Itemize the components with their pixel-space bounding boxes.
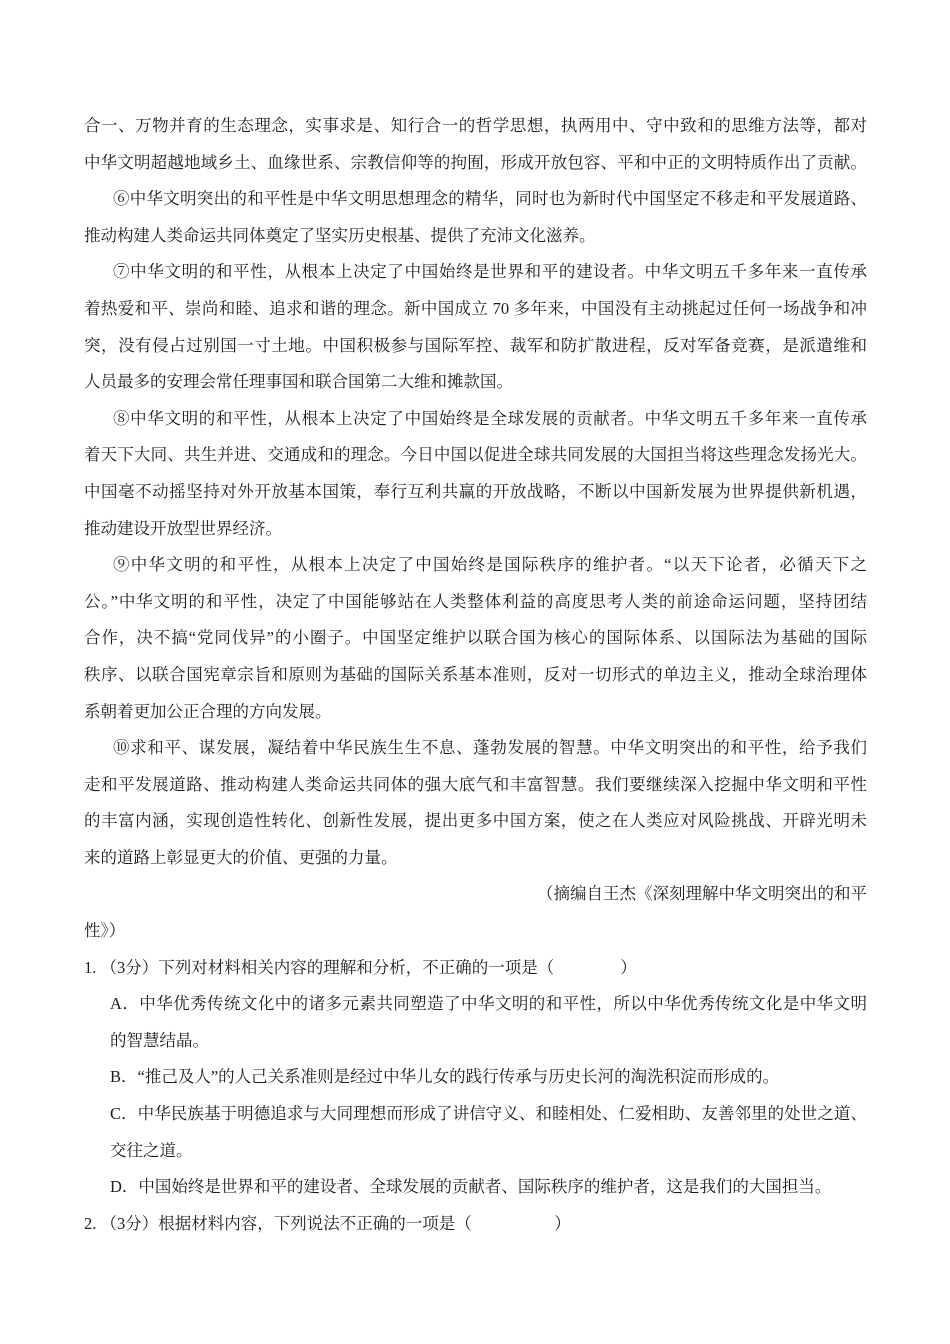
text-line-1: 合一、万物并育的生态理念，实事求是、知行合一的哲学思想，执两用中、守中致和的思维… bbox=[84, 108, 867, 145]
text-line-5: ⑦中华文明的和平性，从根本上决定了中国始终是世界和平的建设者。中华文明五千多年来… bbox=[84, 254, 867, 291]
text-line-22: （摘编自王杰《深刻理解中华文明突出的和平 bbox=[84, 876, 867, 913]
text-line-4: 推动构建人类命运共同体奠定了坚实历史根基、提供了充沛文化滋养。 bbox=[84, 218, 867, 255]
text-line-29: 交往之道。 bbox=[84, 1133, 867, 1170]
text-line-10: 着天下大同、共生并进、交通成和的理念。今日中国以促进全球共同发展的大国担当将这些… bbox=[84, 437, 867, 474]
text-line-11: 中国毫不动摇坚持对外开放基本国策，奉行互利共赢的开放战略，不断以中国新发展为世界… bbox=[84, 474, 867, 511]
document-body: 合一、万物并育的生态理念，实事求是、知行合一的哲学思想，执两用中、守中致和的思维… bbox=[84, 108, 867, 1242]
text-line-31: 2. （3分）根据材料内容，下列说法不正确的一项是（ ） bbox=[84, 1206, 867, 1243]
text-line-2: 中华文明超越地域乡土、血缘世系、宗教信仰等的拘囿，形成开放包容、平和中正的文明特… bbox=[84, 145, 867, 182]
text-line-13: ⑨中华文明的和平性，从根本上决定了中国始终是国际秩序的维护者。“以天下论者，必循… bbox=[84, 547, 867, 584]
text-line-26: 的智慧结晶。 bbox=[84, 1023, 867, 1060]
text-line-9: ⑧中华文明的和平性，从根本上决定了中国始终是全球发展的贡献者。中华文明五千多年来… bbox=[84, 401, 867, 438]
text-line-30: D．中国始终是世界和平的建设者、全球发展的贡献者、国际秩序的维护者，这是我们的大… bbox=[84, 1169, 867, 1206]
document-page: 合一、万物并育的生态理念，实事求是、知行合一的哲学思想，执两用中、守中致和的思维… bbox=[0, 0, 950, 1344]
text-line-3: ⑥中华文明突出的和平性是中华文明思想理念的精华，同时也为新时代中国坚定不移走和平… bbox=[84, 181, 867, 218]
text-line-8: 人员最多的安理会常任理事国和联合国第二大维和摊款国。 bbox=[84, 364, 867, 401]
text-line-16: 秩序、以联合国宪章宗旨和原则为基础的国际关系基本准则，反对一切形式的单边主义，推… bbox=[84, 657, 867, 694]
text-line-24: 1. （3分）下列对材料相关内容的理解和分析，不正确的一项是（ ） bbox=[84, 950, 867, 987]
text-line-28: C．中华民族基于明德追求与大同理想而形成了讲信守义、和睦相处、仁爱相助、友善邻里… bbox=[84, 1096, 867, 1133]
text-line-25: A．中华优秀传统文化中的诸多元素共同塑造了中华文明的和平性，所以中华优秀传统文化… bbox=[84, 986, 867, 1023]
text-line-21: 来的道路上彰显更大的价值、更强的力量。 bbox=[84, 840, 867, 877]
text-line-20: 的丰富内涵，实现创造性转化、创新性发展，提出更多中国方案，使之在人类应对风险挑战… bbox=[84, 803, 867, 840]
text-line-6: 着热爱和平、崇尚和睦、追求和谐的理念。新中国成立 70 多年来，中国没有主动挑起… bbox=[84, 291, 867, 328]
text-line-23: 性》） bbox=[84, 913, 867, 950]
text-line-19: 走和平发展道路、推动构建人类命运共同体的强大底气和丰富智慧。我们要继续深入挖掘中… bbox=[84, 767, 867, 804]
text-line-7: 突，没有侵占过别国一寸土地。中国积极参与国际军控、裁军和防扩散进程，反对军备竞赛… bbox=[84, 328, 867, 365]
text-line-12: 推动建设开放型世界经济。 bbox=[84, 511, 867, 548]
text-line-17: 系朝着更加公正合理的方向发展。 bbox=[84, 694, 867, 731]
text-line-27: B．“推己及人”的人己关系准则是经过中华儿女的践行传承与历史长河的淘洗积淀而形成… bbox=[84, 1059, 867, 1096]
text-line-14: 公。”中华文明的和平性，决定了中国能够站在人类整体利益的高度思考人类的前途命运问… bbox=[84, 584, 867, 621]
text-line-15: 合作，决不搞“党同伐异”的小圈子。中国坚定维护以联合国为核心的国际体系、以国际法… bbox=[84, 620, 867, 657]
text-line-18: ⑩求和平、谋发展，凝结着中华民族生生不息、蓬勃发展的智慧。中华文明突出的和平性，… bbox=[84, 730, 867, 767]
